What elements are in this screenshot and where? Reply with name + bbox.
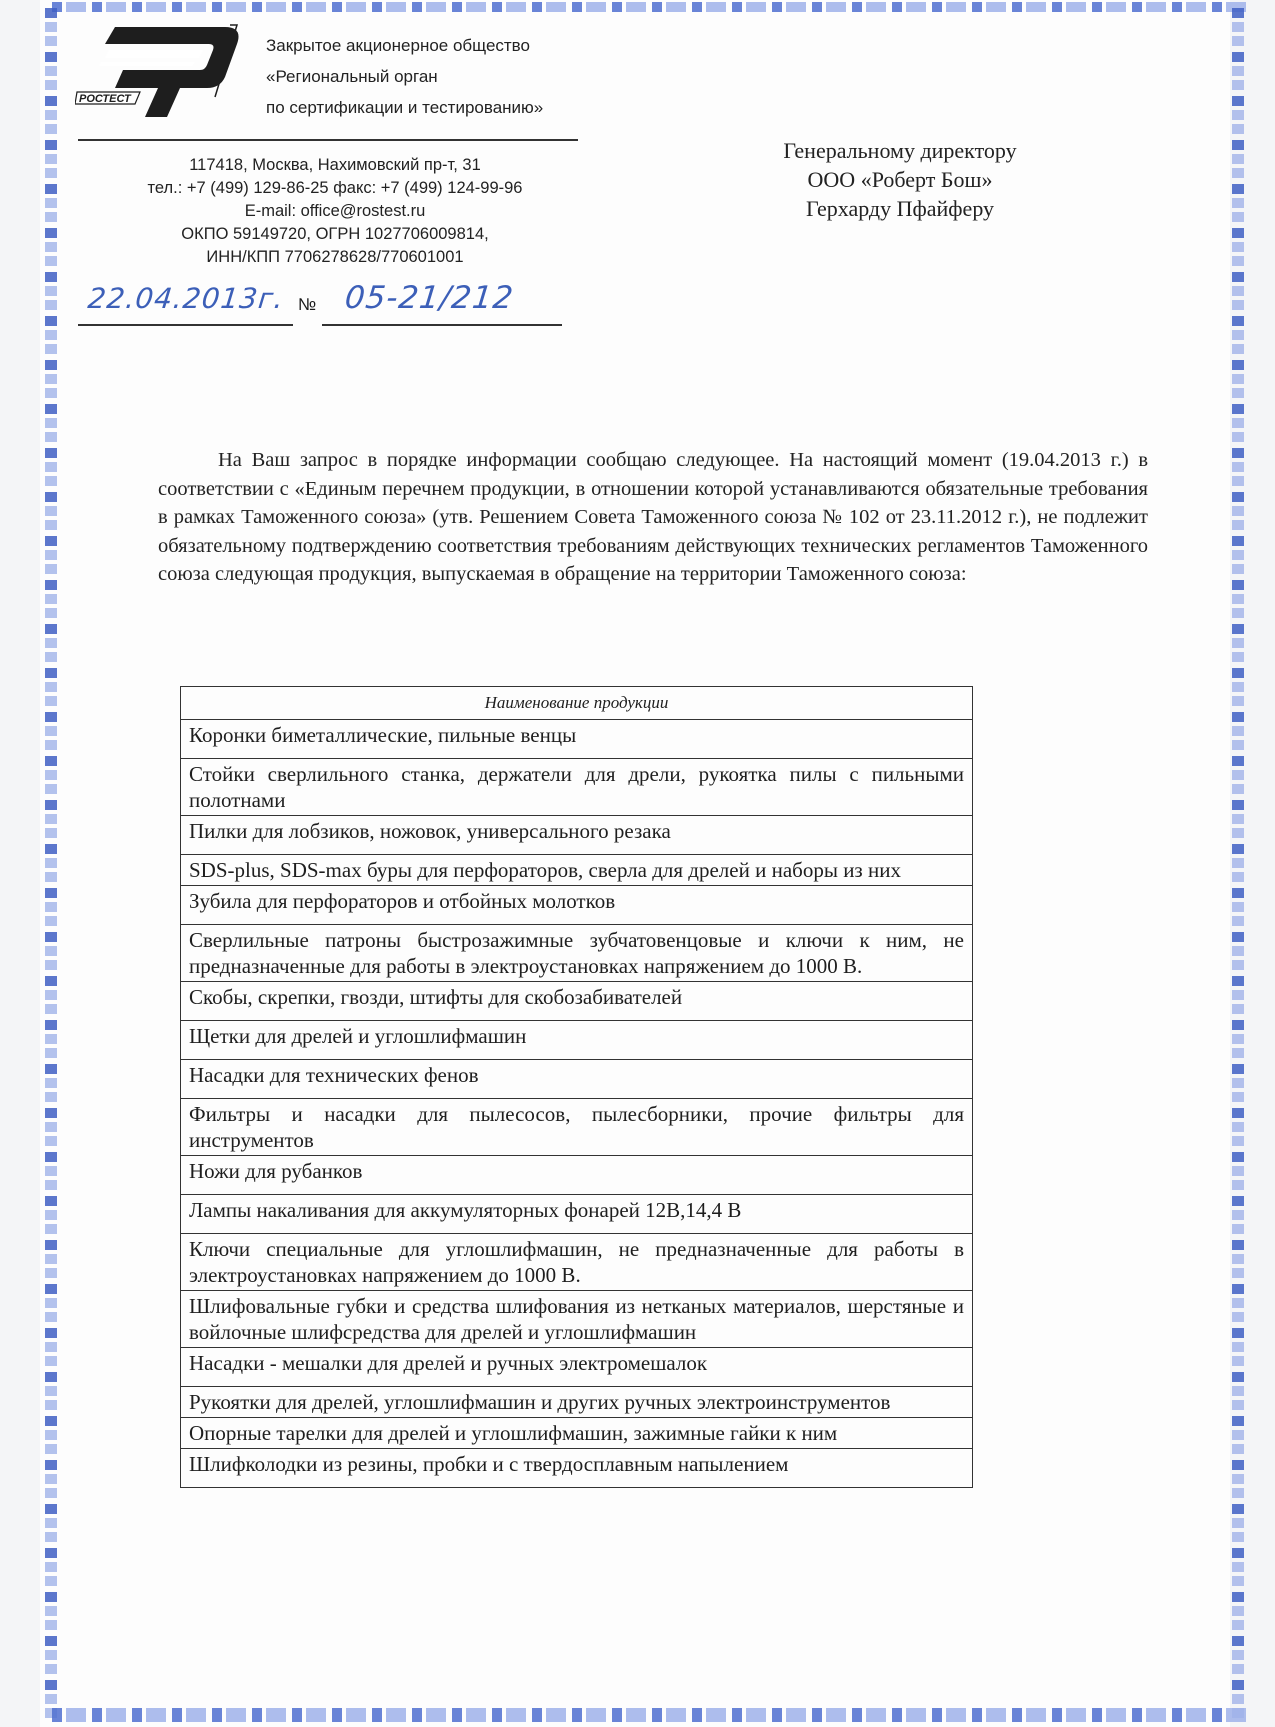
table-row: Сверлильные патроны быстрозажимные зубча… <box>181 925 973 982</box>
table-cell: Рукоятки для дрелей, углошлифмашин и дру… <box>181 1387 973 1418</box>
table-cell: Опорные тарелки для дрелей и углошлифмаш… <box>181 1418 973 1449</box>
table-cell: Коронки биметаллические, пильные венцы <box>181 720 973 759</box>
address: 117418, Москва, Нахимовский пр-т, 31 <box>90 154 580 177</box>
body-paragraph: На Ваш запрос в порядке информации сообщ… <box>158 446 1148 589</box>
table-row: Шлифколодки из резины, пробки и с твердо… <box>181 1449 973 1488</box>
okpo-ogrn: ОКПО 59149720, ОГРН 1027706009814, <box>90 223 580 246</box>
table-cell: Шлифовальные губки и средства шлифования… <box>181 1291 973 1348</box>
table-cell: Стойки сверлильного станка, держатели дл… <box>181 759 973 816</box>
table-cell: Скобы, скрепки, гвозди, штифты для скобо… <box>181 982 973 1021</box>
table-row: Рукоятки для дрелей, углошлифмашин и дру… <box>181 1387 973 1418</box>
letterhead-divider <box>78 139 578 141</box>
table-row: SDS-plus, SDS-max буры для перфораторов,… <box>181 855 973 886</box>
product-table: Наименование продукции Коронки биметалли… <box>180 686 973 1488</box>
rostest-logo-icon: РОСТЕСТ <box>75 22 245 117</box>
handwritten-date: 22.04.2013г. <box>86 282 285 315</box>
table-cell: Насадки - мешалки для дрелей и ручных эл… <box>181 1348 973 1387</box>
table-row: Опорные тарелки для дрелей и углошлифмаш… <box>181 1418 973 1449</box>
inn-kpp: ИНН/КПП 7706278628/770601001 <box>90 246 580 269</box>
decorative-border-left <box>45 8 57 1720</box>
addressee-name: Герхарду Пфайферу <box>740 194 1060 223</box>
addressee-title: Генеральному директору <box>740 136 1060 165</box>
table-cell: SDS-plus, SDS-max буры для перфораторов,… <box>181 855 973 886</box>
addressee-company: ООО «Роберт Бош» <box>740 165 1060 194</box>
table-row: Зубила для перфораторов и отбойных молот… <box>181 886 973 925</box>
table-row: Скобы, скрепки, гвозди, штифты для скобо… <box>181 982 973 1021</box>
table-row: Шлифовальные губки и средства шлифования… <box>181 1291 973 1348</box>
org-line: «Региональный орган <box>266 61 543 92</box>
table-cell: Лампы накаливания для аккумуляторных фон… <box>181 1195 973 1234</box>
table-cell: Насадки для технических фенов <box>181 1060 973 1099</box>
email: E-mail: office@rostest.ru <box>90 200 580 223</box>
table-row: Ножи для рубанков <box>181 1156 973 1195</box>
decorative-border-bottom <box>52 1708 1252 1722</box>
svg-text:РОСТЕСТ: РОСТЕСТ <box>79 93 132 105</box>
table-row: Лампы накаливания для аккумуляторных фон… <box>181 1195 973 1234</box>
org-line: Закрытое акционерное общество <box>266 30 543 61</box>
table-row: Пилки для лобзиков, ножовок, универсальн… <box>181 816 973 855</box>
table-row: Ключи специальные для углошлифмашин, не … <box>181 1234 973 1291</box>
decorative-border-top <box>52 2 1252 12</box>
table-cell: Пилки для лобзиков, ножовок, универсальн… <box>181 816 973 855</box>
decorative-border-right <box>1232 8 1244 1720</box>
number-label: № <box>298 295 316 315</box>
table-row: Насадки для технических фенов <box>181 1060 973 1099</box>
handwritten-number: 05-21/212 <box>343 280 515 316</box>
contact-block: 117418, Москва, Нахимовский пр-т, 31 тел… <box>90 154 580 269</box>
table-row: Коронки биметаллические, пильные венцы <box>181 720 973 759</box>
table-header: Наименование продукции <box>181 687 973 720</box>
table-cell: Зубила для перфораторов и отбойных молот… <box>181 886 973 925</box>
table-cell: Фильтры и насадки для пылесосов, пылесбо… <box>181 1099 973 1156</box>
date-underline <box>78 324 293 326</box>
table-cell: Шлифколодки из резины, пробки и с твердо… <box>181 1449 973 1488</box>
table-row: Насадки - мешалки для дрелей и ручных эл… <box>181 1348 973 1387</box>
phone-fax: тел.: +7 (499) 129-86-25 факс: +7 (499) … <box>90 177 580 200</box>
table-row: Стойки сверлильного станка, держатели дл… <box>181 759 973 816</box>
number-underline <box>322 324 562 326</box>
table-row: Фильтры и насадки для пылесосов, пылесбо… <box>181 1099 973 1156</box>
table-row: Щетки для дрелей и углошлифмашин <box>181 1021 973 1060</box>
addressee-block: Генеральному директору ООО «Роберт Бош» … <box>740 136 1060 223</box>
table-cell: Ключи специальные для углошлифмашин, не … <box>181 1234 973 1291</box>
organization-name: Закрытое акционерное общество «Региональ… <box>266 30 543 123</box>
table-cell: Щетки для дрелей и углошлифмашин <box>181 1021 973 1060</box>
table-cell: Ножи для рубанков <box>181 1156 973 1195</box>
table-cell: Сверлильные патроны быстрозажимные зубча… <box>181 925 973 982</box>
org-line: по сертификации и тестированию» <box>266 92 543 123</box>
